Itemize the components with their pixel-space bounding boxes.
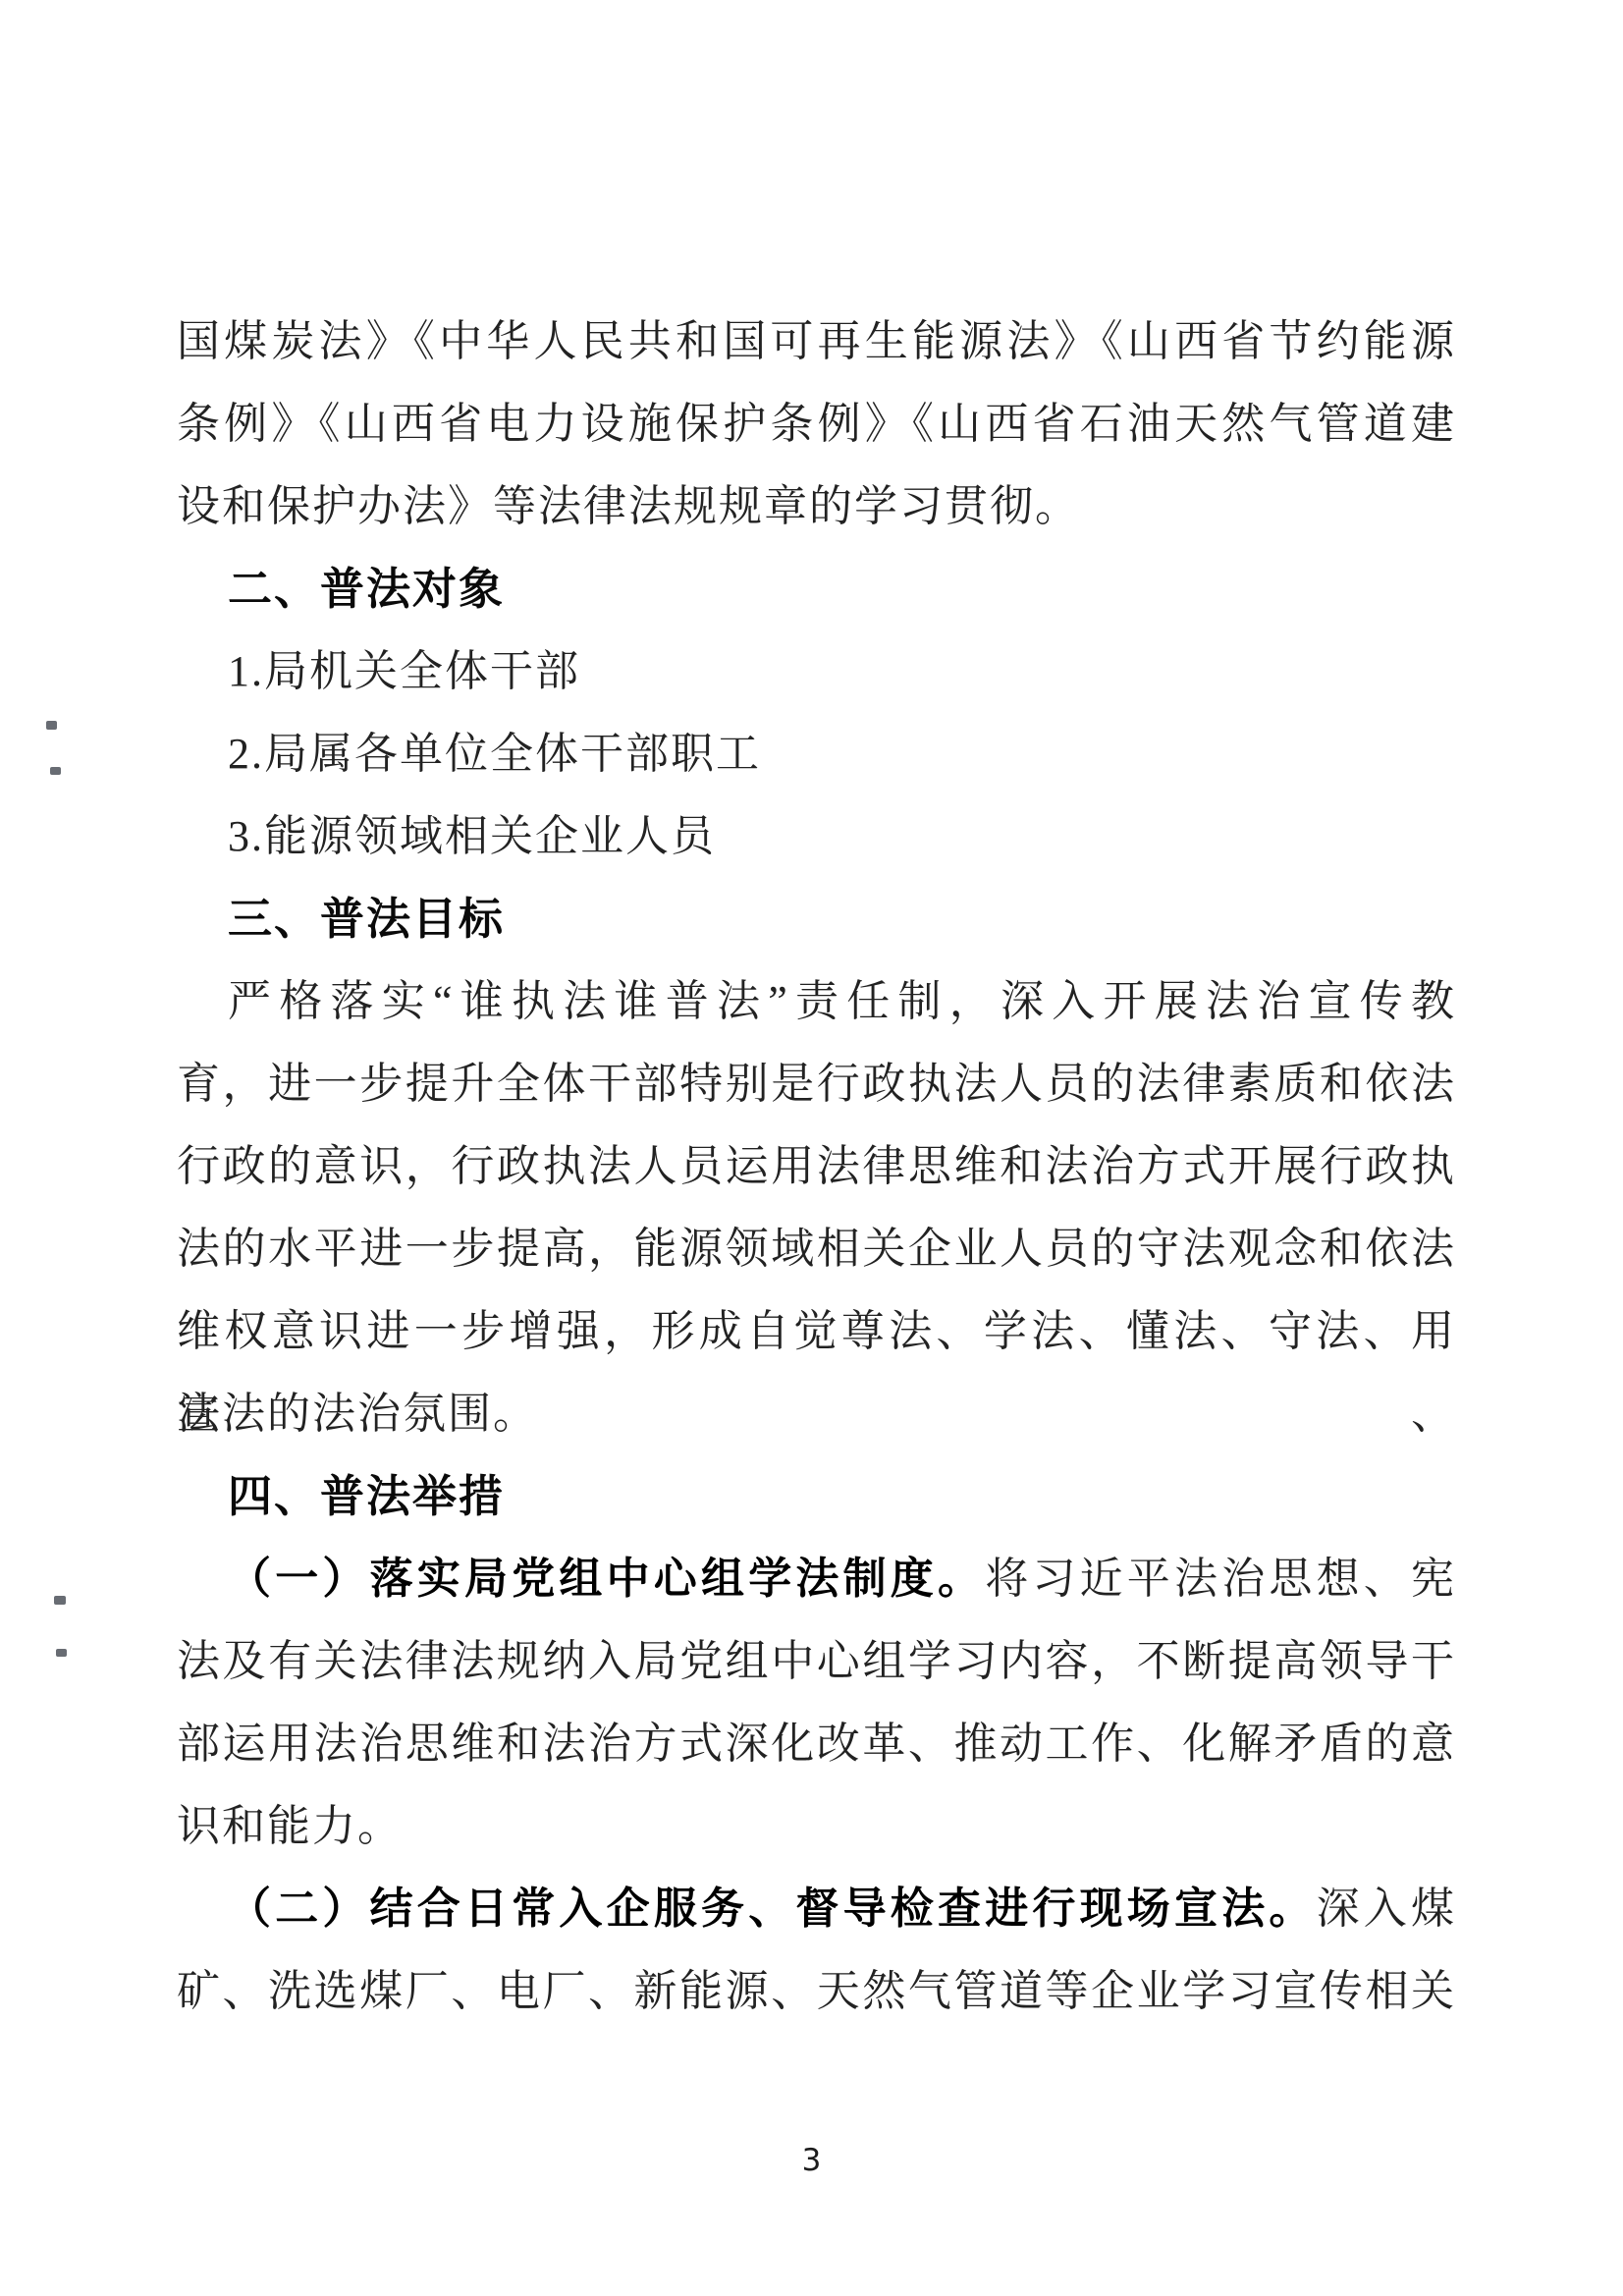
line-text: 将习近平法治思想、宪	[985, 1555, 1456, 1603]
text-line: 1.局机关全体干部	[177, 630, 1456, 713]
page-number: 3	[0, 2143, 1623, 2178]
line-text: 法及有关法律法规纳入局党组中心组学习内容，不断提高领导干	[177, 1637, 1456, 1685]
text-line: （二）结合日常入企服务、督导检查进行现场宣法。深入煤	[177, 1868, 1456, 1950]
text-line: 二、普法对象	[177, 548, 1456, 630]
line-text: 设和保护办法》等法律法规规章的学习贯彻。	[177, 482, 1080, 530]
line-text: 二、普法对象	[228, 564, 505, 614]
ink-speck	[50, 767, 61, 775]
text-line: 2.局属各单位全体干部职工	[177, 713, 1456, 795]
line-text: 1.局机关全体干部	[228, 647, 580, 695]
text-line: 国煤炭法》《中华人民共和国可再生能源法》《山西省节约能源	[177, 301, 1456, 383]
text-line: 条例》《山西省电力设施保护条例》《山西省石油天然气管道建	[177, 383, 1456, 465]
text-line: 识和能力。	[177, 1785, 1456, 1868]
text-line: 设和保护办法》等法律法规规章的学习贯彻。	[177, 465, 1456, 548]
text-line: 法及有关法律法规纳入局党组中心组学习内容，不断提高领导干	[177, 1620, 1456, 1703]
text-line: 严格落实“谁执法谁普法”责任制，深入开展法治宣传教	[177, 960, 1456, 1043]
line-text: 四、普法举措	[228, 1471, 505, 1521]
line-text: 法的水平进一步提高，能源领域相关企业人员的守法观念和依法	[177, 1225, 1456, 1273]
ink-speck	[54, 1596, 66, 1605]
bold-lead-text: （一）落实局党组中心组学法制度。	[228, 1555, 985, 1603]
text-line: （一）落实局党组中心组学法制度。将习近平法治思想、宪	[177, 1538, 1456, 1620]
line-text: 宣法的法治氛围。	[177, 1390, 538, 1438]
document-body: 国煤炭法》《中华人民共和国可再生能源法》《山西省节约能源 条例》《山西省电力设施…	[177, 301, 1456, 2033]
line-text: 部运用法治思维和法治方式深化改革、推动工作、化解矛盾的意	[177, 1720, 1456, 1768]
line-text: 2.局属各单位全体干部职工	[228, 730, 761, 778]
text-line: 育，进一步提升全体干部特别是行政执法人员的法律素质和依法	[177, 1043, 1456, 1125]
ink-speck	[56, 1649, 67, 1657]
line-text: 识和能力。	[177, 1802, 403, 1850]
line-text: 3.能源领域相关企业人员	[228, 812, 716, 860]
text-line: 行政的意识，行政执法人员运用法律思维和法治方式开展行政执	[177, 1125, 1456, 1208]
line-text: 育，进一步提升全体干部特别是行政执法人员的法律素质和依法	[177, 1060, 1456, 1108]
bold-lead-text: （二）结合日常入企服务、督导检查进行现场宣法。	[228, 1885, 1317, 1933]
text-line: 三、普法目标	[177, 878, 1456, 960]
text-line: 部运用法治思维和法治方式深化改革、推动工作、化解矛盾的意	[177, 1703, 1456, 1785]
text-line: 3.能源领域相关企业人员	[177, 795, 1456, 878]
line-text: 深入煤	[1317, 1885, 1456, 1933]
document-page: 国煤炭法》《中华人民共和国可再生能源法》《山西省节约能源 条例》《山西省电力设施…	[0, 0, 1623, 2296]
line-text: 行政的意识，行政执法人员运用法律思维和法治方式开展行政执	[177, 1142, 1456, 1190]
text-line: 矿、洗选煤厂、电厂、新能源、天然气管道等企业学习宣传相关	[177, 1950, 1456, 2033]
line-text: 矿、洗选煤厂、电厂、新能源、天然气管道等企业学习宣传相关	[177, 1967, 1456, 2015]
line-text: 三、普法目标	[228, 894, 505, 944]
text-line: 维权意识进一步增强，形成自觉尊法、学法、懂法、守法、用法、	[177, 1290, 1456, 1373]
line-text: 严格落实“谁执法谁普法”责任制，深入开展法治宣传教	[228, 977, 1456, 1025]
line-text: 条例》《山西省电力设施保护条例》《山西省石油天然气管道建	[177, 400, 1456, 448]
ink-speck	[46, 721, 57, 730]
text-line: 法的水平进一步提高，能源领域相关企业人员的守法观念和依法	[177, 1208, 1456, 1290]
line-text: 国煤炭法》《中华人民共和国可再生能源法》《山西省节约能源	[177, 317, 1456, 365]
text-line: 四、普法举措	[177, 1455, 1456, 1538]
